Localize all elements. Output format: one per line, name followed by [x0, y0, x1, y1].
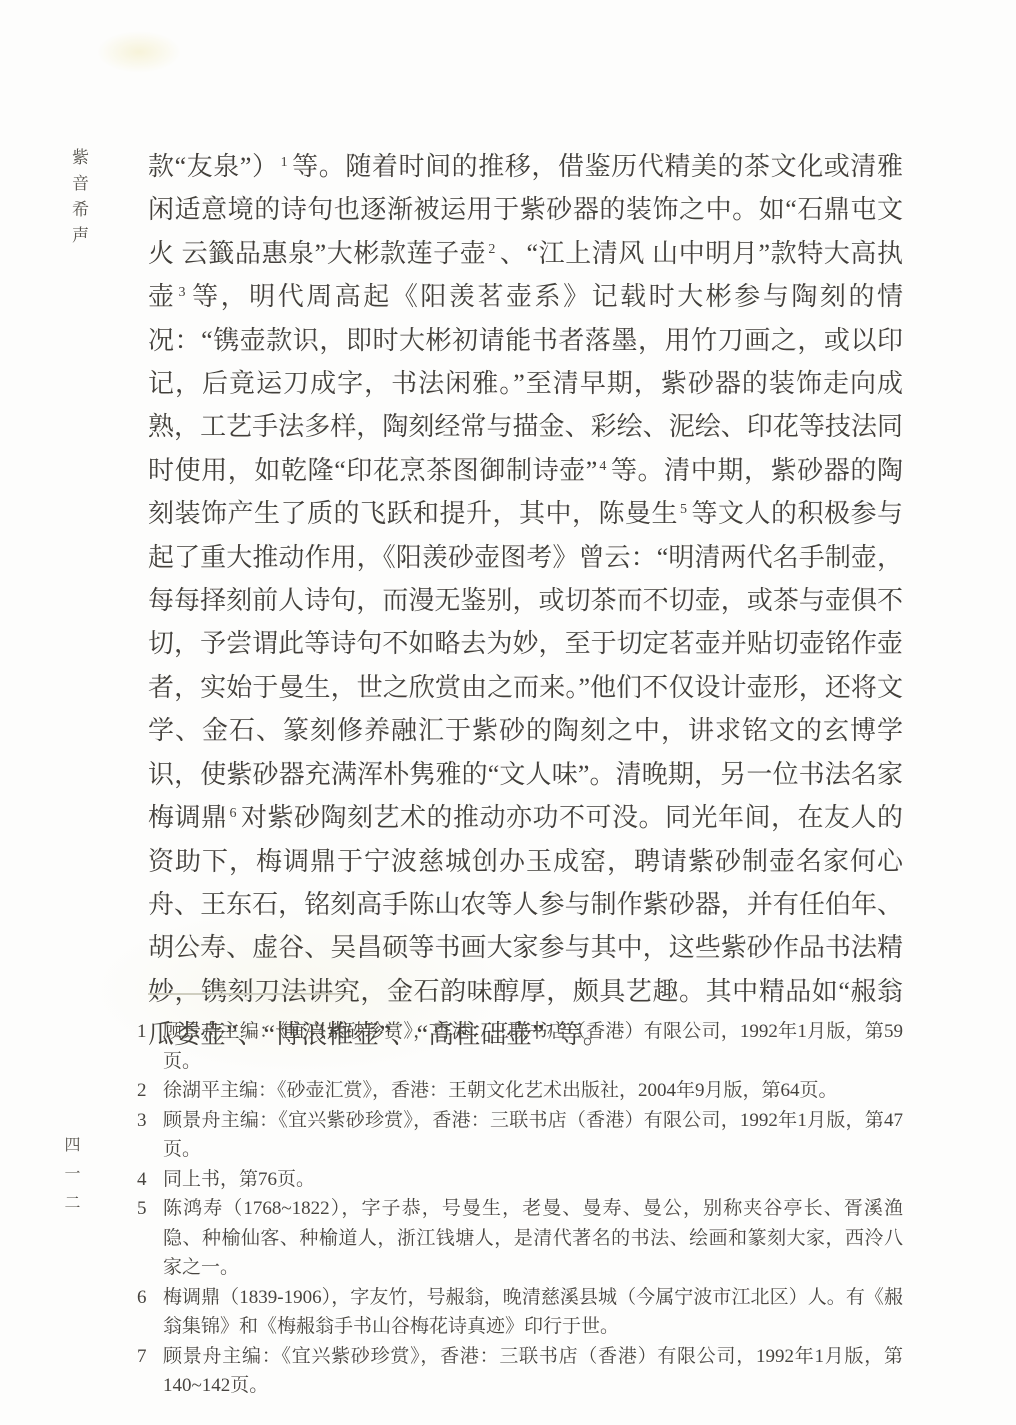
footnotes-list: 1顾景舟主编：《宜兴紫砂珍赏》，香港：三联书店（香港）有限公司，1992年1月版…: [137, 1017, 903, 1401]
footnote-item: 1顾景舟主编：《宜兴紫砂珍赏》，香港：三联书店（香港）有限公司，1992年1月版…: [137, 1017, 903, 1076]
footnote-text: 顾景舟主编：《宜兴紫砂珍赏》，香港：三联书店（香港）有限公司，1992年1月版，…: [163, 1342, 903, 1401]
footnote-number: 5: [137, 1194, 163, 1224]
footnote-marker: 4: [599, 459, 606, 474]
footnote-item: 2徐湖平主编：《砂壶汇赏》，香港：王朝文化艺术出版社，2004年9月版，第64页…: [137, 1076, 903, 1106]
footnote-text: 陈鸿寿（1768~1822），字子恭，号曼生，老曼、曼寿、曼公，别称夹谷亭长、胥…: [163, 1194, 903, 1283]
footnote-item: 4同上书，第76页。: [137, 1165, 903, 1195]
footnote-item: 5陈鸿寿（1768~1822），字子恭，号曼生，老曼、曼寿、曼公，别称夹谷亭长、…: [137, 1194, 903, 1283]
running-head: 紫音希声: [66, 148, 91, 252]
footnote-number: 6: [137, 1283, 163, 1313]
footnote-text: 梅调鼎（1839-1906），字友竹，号赧翁，晚清慈溪县城（今属宁波市江北区）人…: [163, 1283, 903, 1342]
footnote-text: 顾景舟主编：《宜兴紫砂珍赏》，香港：三联书店（香港）有限公司，1992年1月版，…: [163, 1017, 903, 1076]
footnote-text: 徐湖平主编：《砂壶汇赏》，香港：王朝文化艺术出版社，2004年9月版，第64页。: [163, 1076, 903, 1106]
footnote-marker: 2: [488, 242, 495, 257]
footnote-text: 顾景舟主编：《宜兴紫砂珍赏》，香港：三联书店（香港）有限公司，1992年1月版，…: [163, 1106, 903, 1165]
footnote-item: 6梅调鼎（1839-1906），字友竹，号赧翁，晚清慈溪县城（今属宁波市江北区）…: [137, 1283, 903, 1342]
footnote-number: 2: [137, 1076, 163, 1106]
footnote-number: 1: [137, 1017, 163, 1047]
book-page: 紫音希声 款“友泉”）1等。随着时间的推移，借鉴历代精美的茶文化或清雅闲适意境的…: [0, 0, 1016, 1425]
footnote-text: 同上书，第76页。: [163, 1165, 903, 1195]
footnote-marker: 1: [281, 155, 288, 170]
body-paragraph: 款“友泉”）1等。随着时间的推移，借鉴历代精美的茶文化或清雅闲适意境的诗句也逐渐…: [148, 145, 903, 1057]
footnote-marker: 3: [179, 285, 186, 300]
page-number: 四一二: [59, 1136, 82, 1223]
footnote-marker: 5: [680, 502, 687, 517]
footnote-number: 3: [137, 1106, 163, 1136]
footnote-divider: [148, 993, 348, 995]
footnote-item: 3顾景舟主编：《宜兴紫砂珍赏》，香港：三联书店（香港）有限公司，1992年1月版…: [137, 1106, 903, 1165]
footnote-marker: 6: [230, 806, 237, 821]
footnote-number: 7: [137, 1342, 163, 1372]
scan-dot-artifact: [519, 1351, 524, 1356]
footnote-number: 4: [137, 1165, 163, 1195]
